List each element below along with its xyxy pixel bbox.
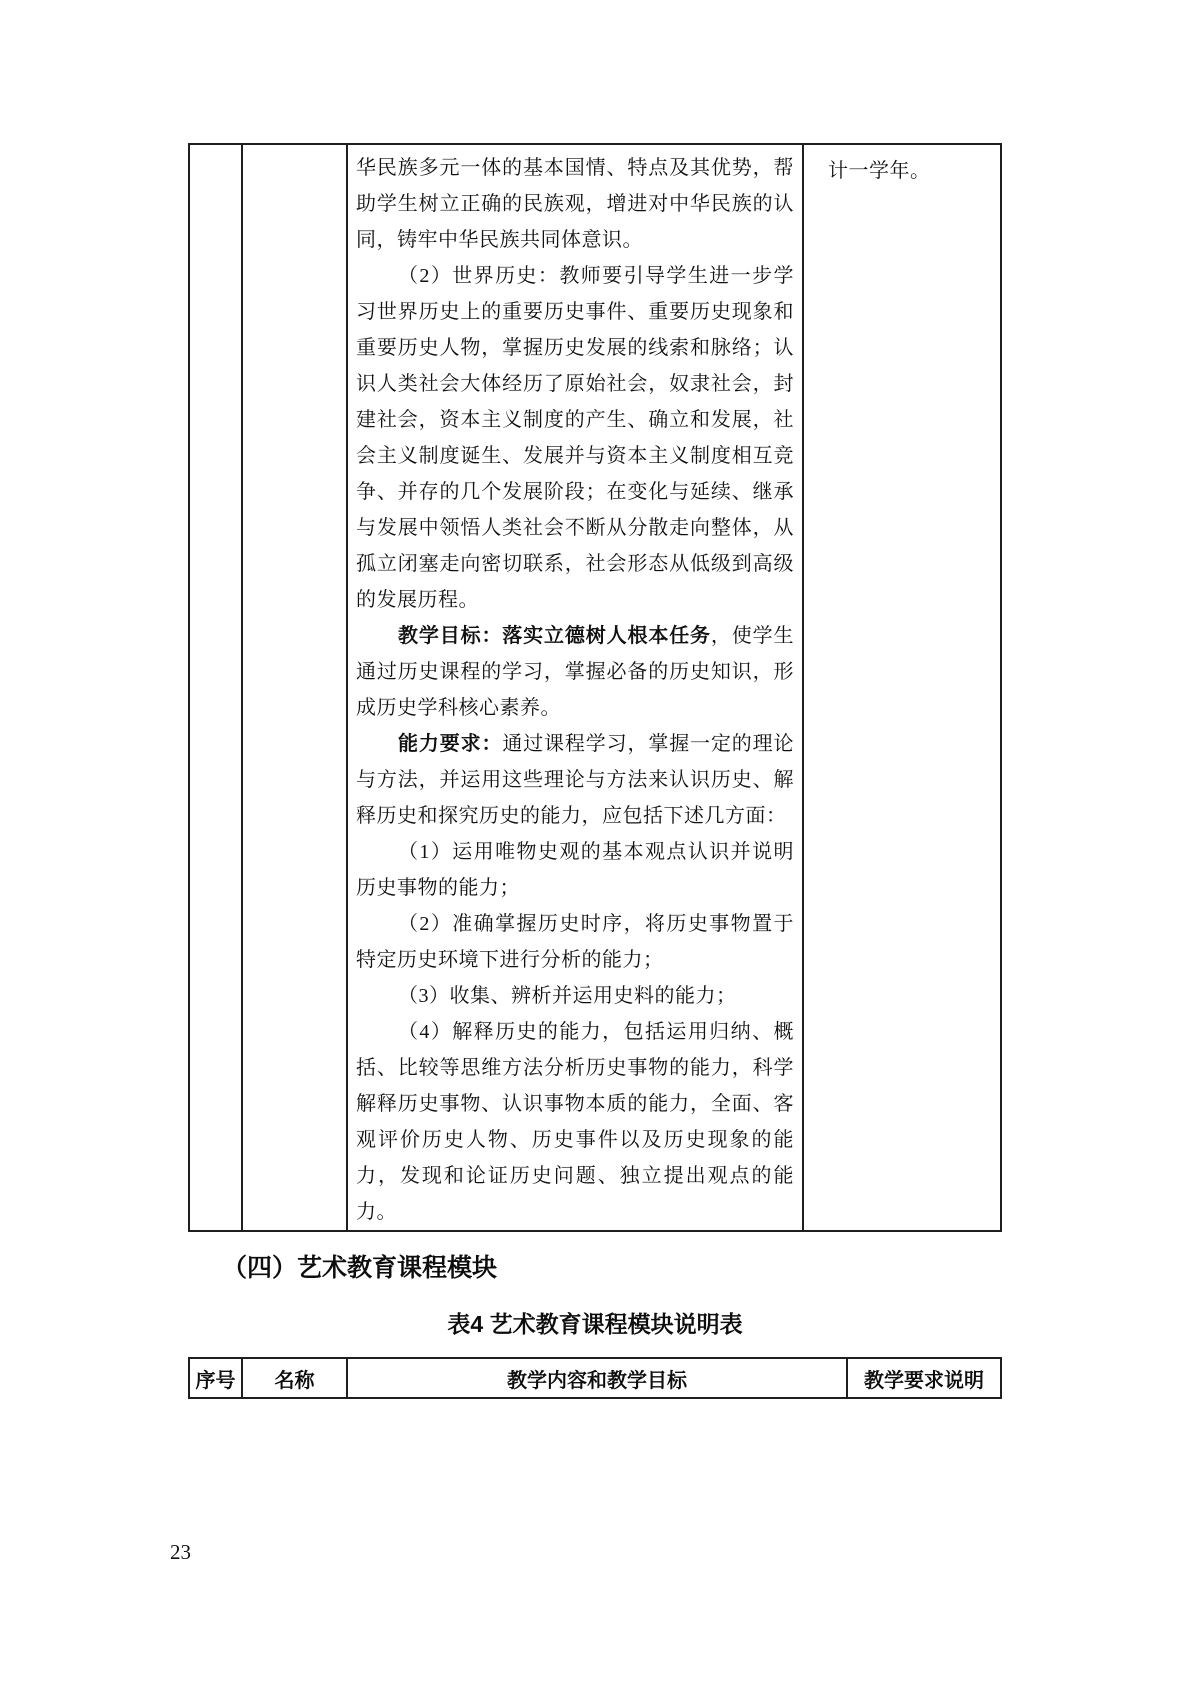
teaching-requirement-cell: 计一学年。	[804, 145, 1000, 1230]
bold-run: 能力要求：	[398, 733, 502, 755]
text-run: （1）运用唯物史观的基本观点认识并说明历史事物的能力；	[356, 841, 794, 899]
teaching-content-cell: 华民族多元一体的基本国情、特点及其优势，帮助学生树立正确的民族观，增进对中华民族…	[348, 145, 804, 1230]
table4-header-serial: 序号	[190, 1359, 243, 1397]
text-run: （2）世界历史：教师要引导学生进一步学习世界历史上的重要历史事件、重要历史现象和…	[356, 265, 794, 611]
history-module-table: 华民族多元一体的基本国情、特点及其优势，帮助学生树立正确的民族观，增进对中华民族…	[188, 143, 1002, 1232]
content-paragraph: 华民族多元一体的基本国情、特点及其优势，帮助学生树立正确的民族观，增进对中华民族…	[356, 150, 794, 258]
bold-run: 教学目标：落实立德树人根本任务	[398, 625, 711, 647]
text-run: （2）准确掌握历史时序，将历史事物置于特定历史环境下进行分析的能力；	[356, 913, 794, 971]
page-number: 23	[170, 1540, 191, 1565]
section-heading: （四）艺术教育课程模块	[222, 1252, 497, 1284]
text-run: （3）收集、辨析并运用史料的能力；	[398, 985, 737, 1007]
table4-header-requirement: 教学要求说明	[848, 1359, 1000, 1397]
table-cell-name-empty	[243, 145, 348, 1230]
content-paragraph: （2）世界历史：教师要引导学生进一步学习世界历史上的重要历史事件、重要历史现象和…	[356, 258, 794, 618]
text-run: （4）解释历史的能力，包括运用归纳、概括、比较等思维方法分析历史事物的能力，科学…	[356, 1021, 794, 1223]
content-paragraph: （1）运用唯物史观的基本观点认识并说明历史事物的能力；	[356, 834, 794, 906]
content-paragraph: （4）解释历史的能力，包括运用归纳、概括、比较等思维方法分析历史事物的能力，科学…	[356, 1014, 794, 1230]
table4-header-name: 名称	[243, 1359, 348, 1397]
table4-header-content: 教学内容和教学目标	[348, 1359, 848, 1397]
document-page: 华民族多元一体的基本国情、特点及其优势，帮助学生树立正确的民族观，增进对中华民族…	[0, 0, 1191, 1684]
content-paragraph: （3）收集、辨析并运用史料的能力；	[356, 978, 794, 1014]
content-paragraph: （2）准确掌握历史时序，将历史事物置于特定历史环境下进行分析的能力；	[356, 906, 794, 978]
art-module-table: 序号 名称 教学内容和教学目标 教学要求说明	[188, 1357, 1002, 1399]
duration-note: 计一学年。	[828, 153, 994, 189]
table4-title: 表4 艺术教育课程模块说明表	[188, 1309, 1002, 1339]
content-paragraph: 教学目标：落实立德树人根本任务，使学生通过历史课程的学习，掌握必备的历史知识，形…	[356, 618, 794, 726]
content-paragraph: 能力要求：通过课程学习，掌握一定的理论与方法，并运用这些理论与方法来认识历史、解…	[356, 726, 794, 834]
table-cell-serial-empty	[190, 145, 243, 1230]
text-run: 华民族多元一体的基本国情、特点及其优势，帮助学生树立正确的民族观，增进对中华民族…	[356, 157, 794, 251]
